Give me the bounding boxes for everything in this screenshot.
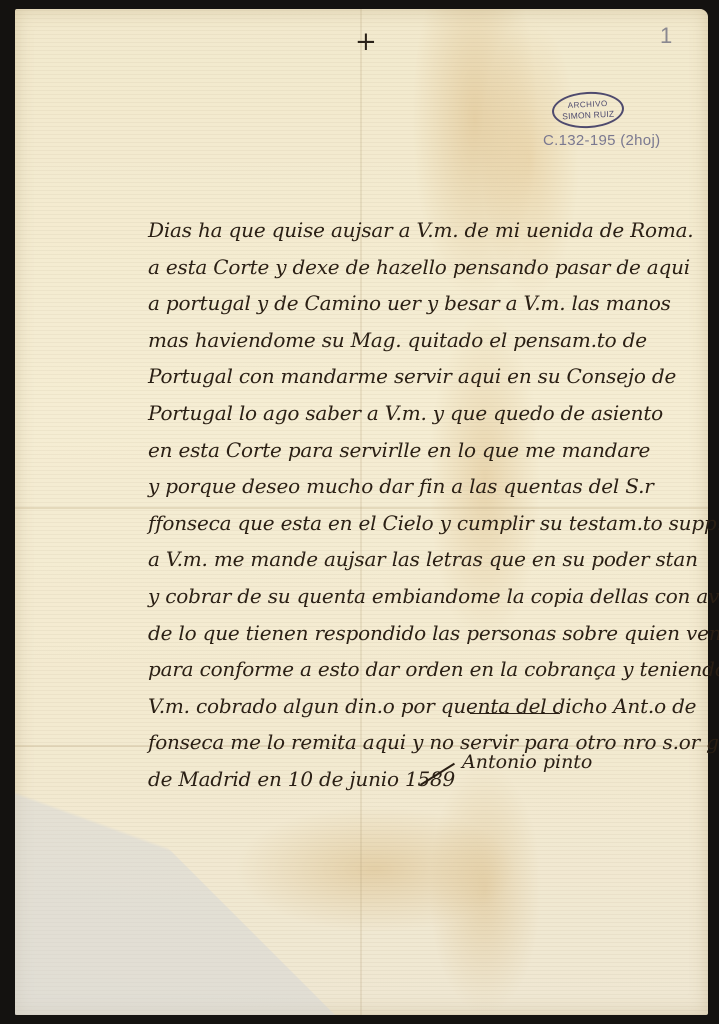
scan-frame: + 1 ARCHIVO SIMON RUIZ C.132-195 (2hoj) … [0, 0, 719, 1024]
body-line: fonseca me lo remita aqui y no servir pa… [148, 724, 708, 761]
stamp-line-2: SIMON RUIZ [562, 109, 615, 122]
body-line: Portugal con mandarme servir aqui en su … [148, 358, 708, 395]
body-line: de lo que tienen respondido las personas… [148, 615, 708, 652]
body-line: a V.m. me mande aujsar las letras que en… [148, 541, 708, 578]
cross-mark: + [355, 27, 377, 57]
signature: Antonio pinto [462, 751, 592, 773]
body-line: para conforme a esto dar orden en la cob… [148, 651, 708, 688]
body-line: a esta Corte y dexe de hazello pensando … [148, 249, 708, 286]
body-line: Portugal lo ago saber a V.m. y que quedo… [148, 395, 708, 432]
body-line: mas haviendome su Mag. quitado el pensam… [148, 322, 708, 359]
body-line: V.m. cobrado algun din.o por quenta del … [148, 688, 708, 725]
body-line: ffonseca que esta en el Cielo y cumplir … [148, 505, 708, 542]
date-underline [470, 713, 560, 714]
body-line: y porque deseo mucho dar fin a las quent… [148, 468, 708, 505]
body-line: y cobrar de su quenta embiandome la copi… [148, 578, 708, 615]
folio-number: 1 [660, 23, 672, 49]
body-line: a portugal y de Camino uer y besar a V.m… [148, 285, 708, 322]
body-line: en esta Corte para servirlle en lo que m… [148, 432, 708, 469]
archive-reference: C.132-195 (2hoj) [543, 132, 660, 149]
archive-stamp: ARCHIVO SIMON RUIZ [551, 90, 625, 130]
letter-body: Dias ha que quise aujsar a V.m. de mi ue… [148, 212, 708, 798]
body-line: Dias ha que quise aujsar a V.m. de mi ue… [148, 212, 708, 249]
manuscript-page: + 1 ARCHIVO SIMON RUIZ C.132-195 (2hoj) … [15, 9, 708, 1015]
